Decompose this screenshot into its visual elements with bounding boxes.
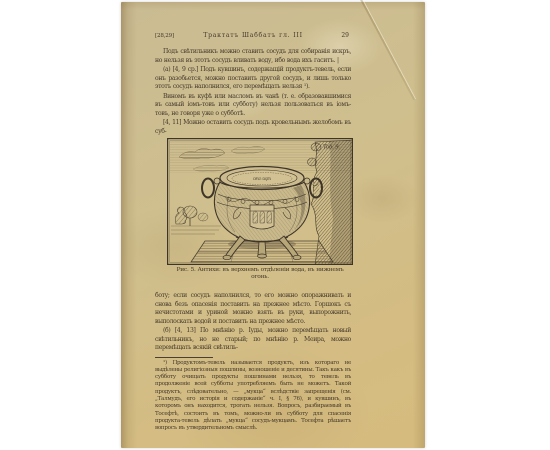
- page-number: 29: [341, 32, 349, 41]
- photo-of-book-page: { "header": { "left_marker": "[28,29]", …: [0, 0, 550, 450]
- arched-opening: [260, 211, 264, 223]
- figure-engraving: מקום המים: [167, 138, 353, 265]
- center-paw-foot: [258, 254, 267, 258]
- figure-caption: Рис. 5. Антихи: въ верхнемъ отдѣленіи во…: [167, 267, 353, 281]
- paragraph: Виномъ въ куфѣ или масломъ въ чанѣ (т. е…: [155, 93, 351, 119]
- ground-lines: [171, 226, 221, 234]
- right-paw-foot: [293, 255, 301, 259]
- paragraph: Подъ свѣтильникъ можно ставить сосудъ дл…: [155, 48, 351, 65]
- paragraph: (а) [4, 9 ср.] Подъ кувшинъ, содержащій …: [155, 66, 351, 92]
- scanned-book-page: [28,29] Трактатъ Шаббатъ гл. III 29 Подъ…: [121, 2, 425, 448]
- paper-crease: [358, 0, 415, 100]
- hebrew-inscription: מקום המים: [253, 176, 271, 181]
- arched-opening: [253, 211, 257, 223]
- cliff-shading: [329, 140, 353, 265]
- plate-label: Tab. 9.: [323, 145, 340, 151]
- cliff-bush: [311, 143, 321, 151]
- center-leg: [258, 242, 266, 255]
- footnote-rule: [155, 357, 213, 358]
- cauldron-engraving: מקום המים: [167, 138, 353, 265]
- paragraph: (б) [4, 13] По мнѣнію р. Іуды, можно пер…: [155, 327, 351, 353]
- handle-knob: [304, 178, 310, 184]
- running-header: [28,29] Трактатъ Шаббатъ гл. III 29: [155, 32, 351, 41]
- paragraph: [4, 11] Можно оставить сосудъ подъ крове…: [155, 119, 351, 136]
- page-title: Трактатъ Шаббатъ гл. III: [155, 32, 351, 41]
- cliff-bush: [308, 158, 317, 166]
- tree: [198, 213, 208, 221]
- footnote: ¹) Продуктомъ-тевель называется продуктъ…: [155, 360, 351, 433]
- left-ring-highlight: [204, 181, 211, 195]
- handle-knob: [214, 178, 220, 184]
- left-paw-foot: [223, 255, 231, 259]
- paragraph: боту; если сосудъ наполнился, то его мож…: [155, 292, 351, 326]
- spacer: [155, 281, 351, 291]
- left-ring-handle: [202, 179, 214, 198]
- arched-opening: [267, 211, 271, 223]
- page-content: [28,29] Трактатъ Шаббатъ гл. III 29 Подъ…: [121, 2, 351, 448]
